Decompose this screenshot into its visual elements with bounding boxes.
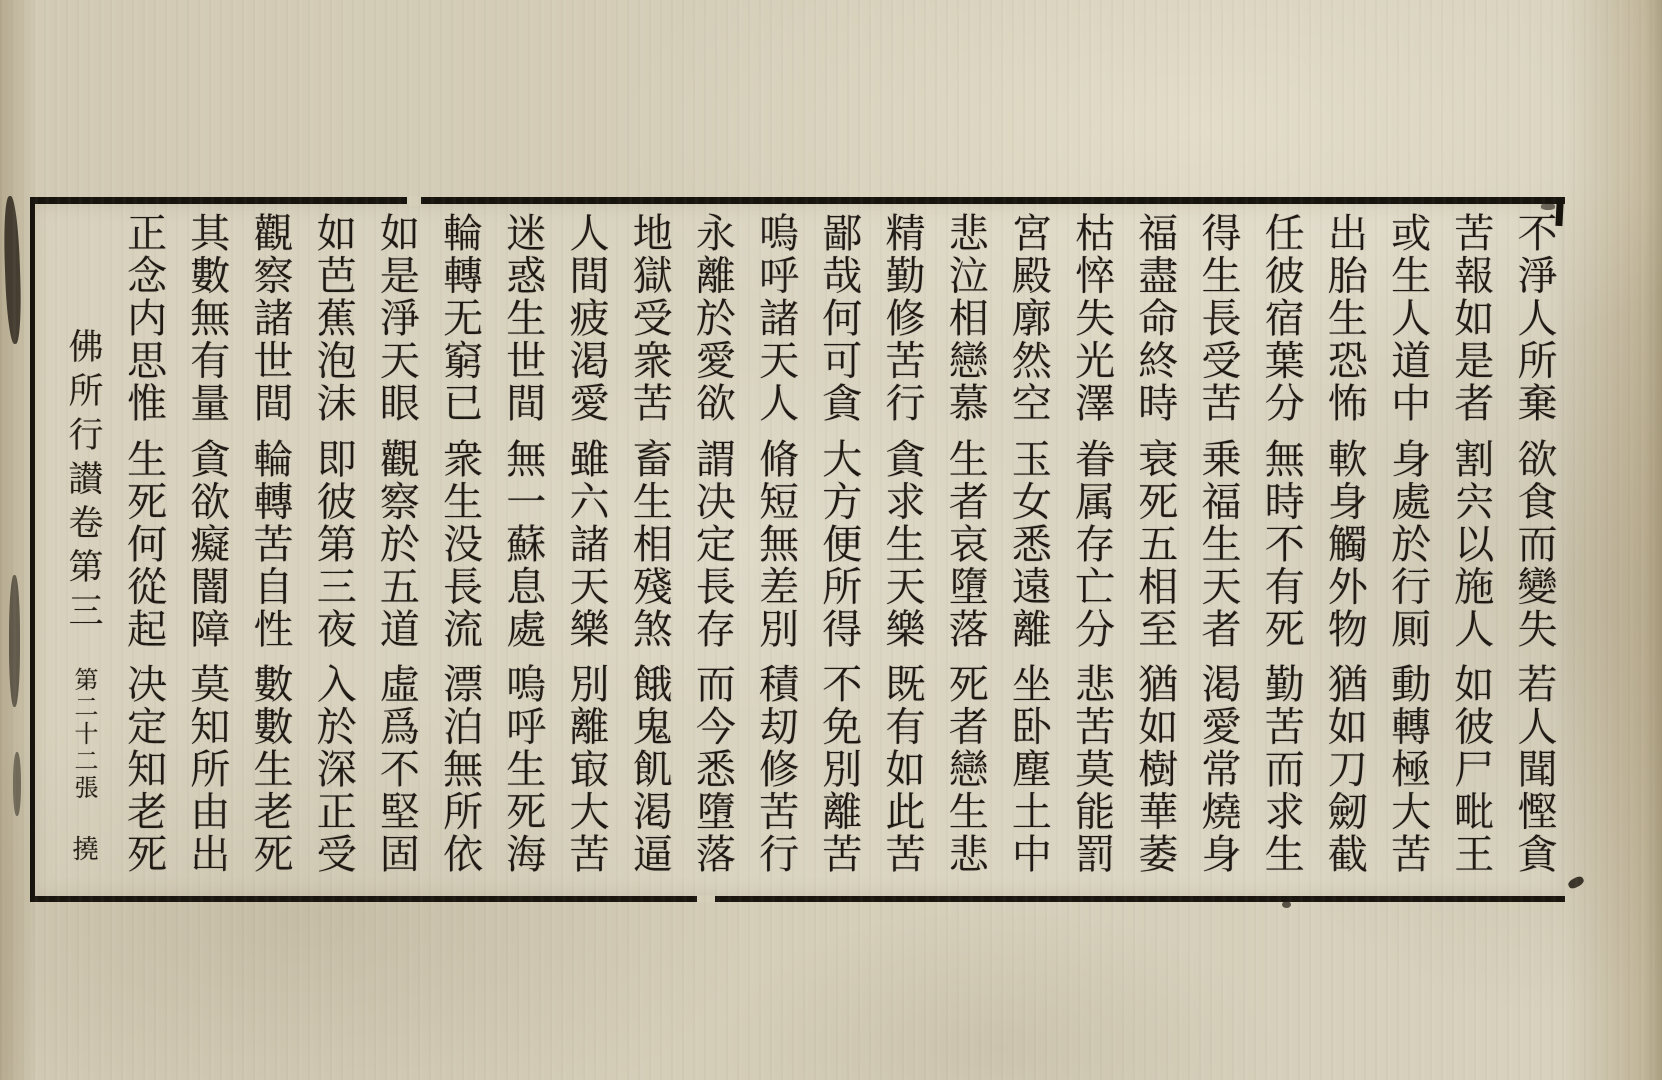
text-column: 鄙哉何可貪大方便所得不免別離苦 [808, 212, 870, 888]
verse-phrase: 出胎生恐怖 [1322, 212, 1367, 425]
verse-phrase: 死者戀生悲 [943, 663, 988, 876]
ink-spot [1567, 875, 1585, 890]
text-column: 如是淨天眼觀察於五道虛爲不堅固 [365, 212, 427, 888]
verse-phrase: 無一蘇息處 [501, 438, 546, 651]
verse-phrase: 雖六諸天樂 [564, 438, 609, 651]
case-character: 撓 [69, 835, 98, 861]
verse-phrase: 觀察諸世間 [248, 212, 293, 425]
verse-phrase: 畜生相殘煞 [627, 438, 672, 651]
verse-phrase: 迷惑生世間 [501, 212, 546, 425]
verse-phrase: 無時不有死 [1259, 438, 1304, 651]
text-column: 人間疲渇愛雖六諸天樂別離㝡大苦 [555, 212, 617, 888]
text-column: 正念内思惟生死何從起决定知老死 [113, 212, 175, 888]
text-column: 出胎生恐怖軟身觸外物猶如刀劒截 [1313, 212, 1375, 888]
text-columns: 不淨人所棄欲食而變失若人聞慳貪苦報如是者割宍以施人如彼尸毗王或生人道中身處於行厠… [0, 0, 1558, 1080]
verse-phrase: 貪欲癡闇障 [185, 438, 230, 651]
sheet-number: 第二十二張 [70, 667, 96, 802]
verse-phrase: 數數生老死 [248, 663, 293, 876]
verse-phrase: 如芭蕉泡沫 [311, 212, 356, 425]
paper-sheet: 不淨人所棄欲食而變失若人聞慳貪苦報如是者割宍以施人如彼尸毗王或生人道中身處於行厠… [0, 0, 1662, 1080]
verse-phrase: 而今悉墮落 [690, 663, 735, 876]
verse-phrase: 得生長受苦 [1196, 212, 1241, 425]
text-column: 如芭蕉泡沫即彼第三夜入於深正受 [302, 212, 364, 888]
verse-phrase: 猶如樹華萎 [1133, 663, 1178, 876]
verse-phrase: 積刧修苦行 [754, 663, 799, 876]
verse-phrase: 如是淨天眼 [374, 212, 419, 425]
verse-phrase: 軟身觸外物 [1322, 438, 1367, 651]
text-column: 福盡命終時衰死五相至猶如樹華萎 [1124, 212, 1186, 888]
verse-phrase: 欲食而變失 [1512, 438, 1557, 651]
verse-phrase: 决定知老死 [122, 663, 167, 876]
verse-phrase: 輪轉无窮已 [438, 212, 483, 425]
verse-phrase: 若人聞慳貪 [1512, 663, 1557, 876]
verse-phrase: 漂泊無所依 [438, 663, 483, 876]
verse-phrase: 其數無有量 [185, 212, 230, 425]
text-column: 觀察諸世間輪轉苦自性數數生老死 [239, 212, 301, 888]
verse-phrase: 坐卧塵土中 [1006, 663, 1051, 876]
verse-phrase: 不淨人所棄 [1512, 212, 1557, 425]
verse-phrase: 猶如刀劒截 [1322, 663, 1367, 876]
text-column: 宮殿廓然空玉女悉遠離坐卧塵土中 [997, 212, 1059, 888]
verse-phrase: 餓鬼飢渇逼 [627, 663, 672, 876]
text-column: 悲泣相戀慕生者哀墮落死者戀生悲 [934, 212, 996, 888]
colophon-column: 佛所行讃卷第三 第二十二張 撓 [56, 328, 108, 868]
verse-phrase: 鄙哉何可貪 [817, 212, 862, 425]
text-column: 永離於愛欲謂决定長存而今悉墮落 [681, 212, 743, 888]
verse-phrase: 貪求生天樂 [880, 438, 925, 651]
text-column: 或生人道中身處於行厠動轉極大苦 [1377, 212, 1439, 888]
verse-phrase: 別離㝡大苦 [564, 663, 609, 876]
leaf-fold-clip: 不淨人所棄欲食而變失若人聞慳貪苦報如是者割宍以施人如彼尸毗王或生人道中身處於行厠… [0, 0, 1558, 1080]
text-column: 迷惑生世間無一蘇息處嗚呼生死海 [492, 212, 554, 888]
verse-phrase: 宮殿廓然空 [1006, 212, 1051, 425]
verse-phrase: 或生人道中 [1386, 212, 1431, 425]
verse-phrase: 既有如此苦 [880, 663, 925, 876]
verse-phrase: 嗚呼諸天人 [754, 212, 799, 425]
verse-phrase: 正念内思惟 [122, 212, 167, 425]
verse-phrase: 地獄受衆苦 [627, 212, 672, 425]
text-column: 任彼宿葉分無時不有死勤苦而求生 [1250, 212, 1312, 888]
verse-phrase: 生死何從起 [122, 438, 167, 651]
verse-phrase: 衆生没長流 [438, 438, 483, 651]
verse-phrase: 脩短無差別 [754, 438, 799, 651]
text-column: 精勤修苦行貪求生天樂既有如此苦 [871, 212, 933, 888]
text-column: 地獄受衆苦畜生相殘煞餓鬼飢渇逼 [618, 212, 680, 888]
verse-phrase: 即彼第三夜 [311, 438, 356, 651]
text-column: 枯悴失光澤眷属存亡分悲苦莫能罰 [1061, 212, 1123, 888]
verse-phrase: 苦報如是者 [1449, 212, 1494, 425]
verse-phrase: 人間疲渇愛 [564, 212, 609, 425]
verse-phrase: 觀察於五道 [374, 438, 419, 651]
verse-phrase: 如彼尸毗王 [1449, 663, 1494, 876]
verse-phrase: 不免別離苦 [817, 663, 862, 876]
verse-phrase: 玉女悉遠離 [1006, 438, 1051, 651]
verse-phrase: 福盡命終時 [1133, 212, 1178, 425]
verse-phrase: 任彼宿葉分 [1259, 212, 1304, 425]
text-column: 輪轉无窮已衆生没長流漂泊無所依 [429, 212, 491, 888]
verse-phrase: 謂决定長存 [690, 438, 735, 651]
verse-phrase: 輪轉苦自性 [248, 438, 293, 651]
verse-phrase: 勤苦而求生 [1259, 663, 1304, 876]
verse-phrase: 動轉極大苦 [1386, 663, 1431, 876]
verse-phrase: 乗福生天者 [1196, 438, 1241, 651]
verse-phrase: 永離於愛欲 [690, 212, 735, 425]
verse-phrase: 悲苦莫能罰 [1070, 663, 1115, 876]
verse-phrase: 虛爲不堅固 [374, 663, 419, 876]
text-column: 得生長受苦乗福生天者渇愛常燒身 [1187, 212, 1249, 888]
verse-phrase: 入於深正受 [311, 663, 356, 876]
verse-phrase: 大方便所得 [817, 438, 862, 651]
verse-phrase: 生者哀墮落 [943, 438, 988, 651]
verse-phrase: 嗚呼生死海 [501, 663, 546, 876]
verse-phrase: 枯悴失光澤 [1070, 212, 1115, 425]
verse-phrase: 莫知所由出 [185, 663, 230, 876]
verse-phrase: 渇愛常燒身 [1196, 663, 1241, 876]
text-column: 苦報如是者割宍以施人如彼尸毗王 [1440, 212, 1502, 888]
text-column: 不淨人所棄欲食而變失若人聞慳貪 [1503, 212, 1558, 888]
verse-phrase: 割宍以施人 [1449, 438, 1494, 651]
text-column: 其數無有量貪欲癡闇障莫知所由出 [176, 212, 238, 888]
verse-phrase: 精勤修苦行 [880, 212, 925, 425]
volume-title: 佛所行讃卷第三 [64, 328, 103, 636]
verse-phrase: 衰死五相至 [1133, 438, 1178, 651]
verse-phrase: 悲泣相戀慕 [943, 212, 988, 425]
verse-phrase: 身處於行厠 [1386, 438, 1431, 651]
verse-phrase: 眷属存亡分 [1070, 438, 1115, 651]
text-column: 嗚呼諸天人脩短無差別積刧修苦行 [745, 212, 807, 888]
